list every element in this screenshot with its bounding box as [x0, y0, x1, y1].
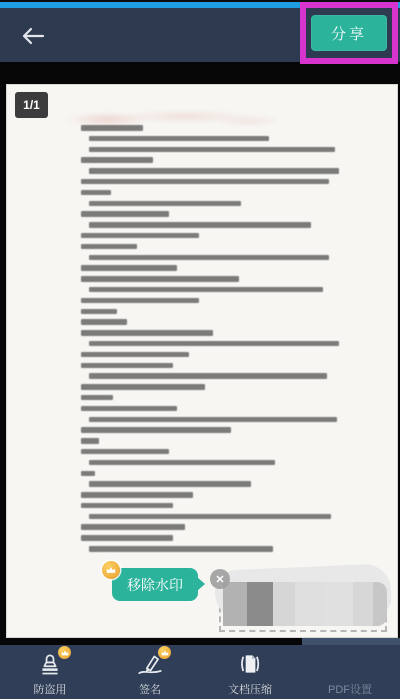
document-page[interactable]: 1/1 — [6, 84, 398, 638]
share-highlight-annotation: 分享 — [300, 2, 398, 64]
watermark-mosaic — [223, 582, 387, 626]
document-text-line — [81, 244, 137, 250]
document-text-line — [81, 535, 173, 541]
document-text-line — [81, 157, 153, 163]
close-icon[interactable]: ✕ — [210, 569, 230, 589]
document-text-line — [89, 460, 275, 466]
tool-label-doc-compress: 文档压缩 — [228, 681, 272, 697]
document-text-line — [81, 384, 205, 390]
mosaic-block — [373, 582, 387, 626]
document-text-line — [89, 514, 331, 520]
mosaic-block — [273, 582, 295, 626]
document-text-block — [81, 125, 333, 557]
tool-pdf-settings[interactable]: PDF设置 — [300, 645, 400, 699]
document-text-line — [81, 395, 113, 401]
document-text-line — [81, 503, 173, 509]
bottom-toolbar: 防盗用 签名 文档压缩 PDF设置 — [0, 645, 400, 699]
document-text-line — [81, 298, 199, 304]
mosaic-block — [295, 582, 323, 626]
remove-watermark-button[interactable]: 移除水印 — [112, 568, 198, 601]
document-text-line — [89, 546, 273, 552]
document-text-line — [81, 125, 143, 131]
document-text-line — [89, 201, 241, 207]
page-indicator-badge: 1/1 — [15, 92, 48, 118]
document-viewport[interactable]: 1/1 移除水印 ✕ — [0, 62, 400, 645]
document-text-line — [81, 492, 193, 498]
mosaic-block — [323, 582, 353, 626]
crown-icon — [102, 561, 120, 579]
tool-label-anti-theft: 防盗用 — [34, 681, 67, 697]
document-text-line — [81, 406, 177, 412]
document-text-line — [81, 471, 95, 477]
share-button[interactable]: 分享 — [311, 15, 387, 51]
document-text-line — [81, 233, 199, 239]
document-text-line — [81, 190, 111, 196]
document-text-line — [81, 265, 177, 271]
document-text-line — [81, 319, 127, 325]
document-text-line — [81, 524, 185, 530]
document-text-line — [89, 417, 337, 423]
document-text-line — [81, 438, 99, 444]
document-text-line — [89, 481, 251, 487]
tool-anti-theft[interactable]: 防盗用 — [0, 645, 100, 699]
document-text-line — [89, 136, 269, 142]
crown-icon — [58, 646, 71, 659]
document-text-line — [81, 363, 173, 369]
back-button[interactable] — [16, 21, 50, 51]
document-text-line — [89, 147, 335, 153]
tool-doc-compress[interactable]: 文档压缩 — [200, 645, 300, 699]
document-text-line — [89, 373, 327, 379]
mosaic-block — [223, 582, 247, 626]
arrow-left-icon — [21, 27, 45, 45]
document-text-line — [81, 211, 169, 217]
document-text-line — [89, 168, 339, 174]
document-text-line — [81, 309, 117, 315]
document-text-line — [89, 341, 339, 347]
document-text-line — [81, 276, 239, 282]
document-text-line — [89, 222, 311, 228]
watermark-region[interactable] — [219, 577, 387, 632]
mosaic-block — [353, 582, 373, 626]
compress-icon — [237, 651, 263, 677]
document-text-line — [81, 449, 169, 455]
mosaic-block — [247, 582, 273, 626]
tool-label-pdf-settings: PDF设置 — [328, 681, 372, 697]
document-text-line — [81, 427, 231, 433]
tool-label-signature: 签名 — [139, 681, 161, 697]
crown-icon — [158, 646, 171, 659]
document-text-line — [81, 352, 189, 358]
document-text-line — [81, 179, 329, 185]
document-text-line — [81, 330, 213, 336]
document-text-line — [89, 287, 323, 293]
tool-signature[interactable]: 签名 — [100, 645, 200, 699]
document-text-line — [89, 255, 329, 261]
